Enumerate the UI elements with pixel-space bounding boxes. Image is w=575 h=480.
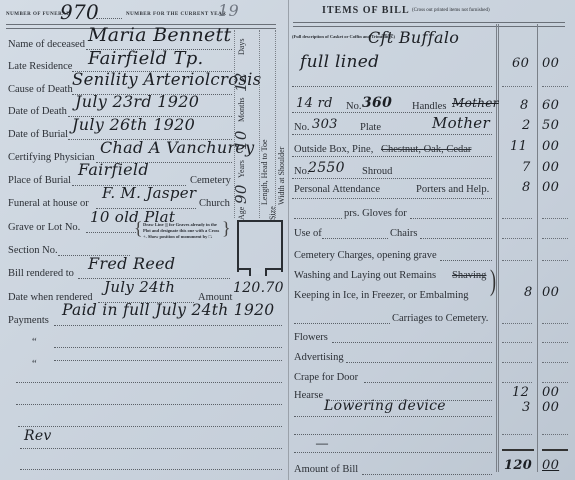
section-label: Section No.: [8, 245, 58, 256]
grave-plot-diagram: [237, 220, 283, 272]
money-row-sep: [502, 260, 532, 261]
bottom-note: Rev: [24, 428, 52, 444]
name-label: Name of deceased: [8, 39, 85, 50]
grave-plot-foot-left: [237, 268, 251, 270]
carriages-label: Carriages to Cemetery.: [392, 313, 488, 324]
shroud-dollars: 7: [522, 160, 531, 175]
months-value: 10: [232, 130, 250, 150]
years-value: 90: [232, 184, 250, 204]
residence-label: Late Residence: [8, 61, 72, 72]
shroud-cents: 00: [542, 160, 559, 175]
plate-cents: 50: [542, 118, 559, 133]
date-death-value: July 23rd 1920: [75, 92, 199, 111]
chairs-line: [420, 238, 492, 239]
payment-line-2: [54, 347, 282, 348]
payment-line-4: [16, 382, 282, 383]
months-label: Months: [237, 98, 246, 122]
handles-dollars: 8: [520, 98, 529, 113]
shroud-no: 2550: [308, 160, 345, 176]
advertising-label: Advertising: [294, 352, 344, 363]
money-row-sep: [542, 323, 568, 324]
chairs-qty-line: [322, 238, 388, 239]
place-burial-label: Place of Burial: [8, 175, 71, 186]
center-divider: [288, 0, 289, 480]
washing-crossed: Shaving: [452, 270, 486, 281]
amount-value: 120.70: [233, 280, 284, 296]
date-burial-value: July 26th 1920: [72, 115, 195, 134]
funeral-record-page: Number of Funeral 970 Number for the Cur…: [0, 0, 575, 480]
lowering-cents: 00: [542, 400, 559, 415]
date-burial-label: Date of Burial: [8, 129, 68, 140]
cemetery-charges-label: Cemetery Charges, opening grave: [294, 250, 437, 261]
money-row-sep: [502, 362, 532, 363]
plate-no: 303: [312, 117, 338, 132]
gloves-qty-line: [294, 218, 342, 219]
chairs-label: Use of: [294, 228, 322, 239]
money-row-sep: [502, 323, 532, 324]
years-label: Years: [237, 160, 246, 178]
current-year-label: Number for the Current Year: [126, 12, 226, 17]
chairs-label-b: Chairs: [390, 228, 417, 239]
size-label: Size: [268, 206, 277, 220]
money-row-sep: [502, 86, 532, 87]
total-rule-dollars: [502, 449, 534, 451]
advertising-line: [346, 362, 492, 363]
attendance-dollars: 8: [522, 180, 531, 195]
brace-left: {: [134, 218, 143, 239]
handles-line: [292, 112, 492, 113]
funeral-number-line: [96, 18, 122, 19]
age-label: Age: [237, 207, 246, 220]
outside-box-dollars: 11: [510, 139, 527, 154]
money-row-sep: [542, 362, 568, 363]
payment-line-3: [54, 360, 282, 361]
place-burial-value: Fairfield: [78, 160, 149, 179]
days-label: Days: [237, 39, 246, 55]
cents-column-divider: [537, 24, 538, 472]
plate-label: Plate: [360, 122, 381, 133]
current-year-number: 19: [218, 1, 239, 20]
bill-to-value: Fred Reed: [88, 254, 175, 273]
plate-value: Mother: [432, 114, 490, 132]
attendance-line: [292, 198, 492, 199]
embalming-label: Keeping in Ice, in Freezer, or Embalming: [294, 290, 469, 301]
date-death-label: Date of Death: [8, 106, 67, 117]
name-value: Maria Bennett: [88, 24, 231, 46]
header-rule-right: [293, 22, 565, 27]
hearse-cents: 00: [542, 385, 559, 400]
cemetery-line: [440, 260, 492, 261]
hearse-dollars: 12: [512, 385, 529, 400]
payment-line-8: [20, 469, 282, 470]
money-row-sep: [542, 86, 568, 87]
grave-note: Draw Line ||| for Graves already in the …: [143, 222, 223, 240]
money-row-sep: [542, 434, 568, 435]
plate-line: [292, 134, 492, 135]
flowers-label: Flowers: [294, 332, 328, 343]
days-value: 12: [232, 72, 250, 92]
payments-value: Paid in full July 24th 1920: [62, 301, 274, 319]
ditto-mark: “: [32, 359, 37, 370]
handles-value: Mother: [452, 96, 499, 110]
length-label: Length, Head to Toe: [260, 140, 269, 206]
total-cents: 00: [542, 458, 559, 473]
carriages-qty-line: [294, 323, 390, 324]
outside-box-cents: 00: [542, 139, 559, 154]
shroud-label: Shroud: [362, 166, 392, 177]
total-label: Amount of Bill: [294, 464, 358, 475]
blank-line-1: [294, 434, 492, 435]
gloves-line: [410, 218, 492, 219]
gloves-label: prs. Gloves for: [344, 208, 407, 219]
date-rendered-value: July 24th: [104, 278, 175, 296]
items-of-bill-title: ITEMS OF BILL: [322, 5, 410, 16]
payments-line: [54, 325, 282, 326]
dollars-column-left-2: [498, 24, 499, 472]
attendance-label: Personal Attendance: [294, 184, 380, 195]
lowering-dollars: 3: [522, 400, 531, 415]
size-divider-b: [275, 30, 276, 218]
money-row-sep: [542, 218, 568, 219]
outside-box-label: Outside Box, Pine,: [294, 144, 373, 155]
payment-line-6: [18, 426, 282, 427]
casket-line: [292, 86, 492, 87]
handles-prefix: 14 rd: [296, 96, 333, 111]
payment-line-7: [20, 448, 282, 449]
total-dollars: 120: [504, 458, 532, 473]
grave-line: [86, 232, 136, 233]
funeral-at-label: Funeral at house or: [8, 198, 89, 209]
bill-to-label: Bill rendered to: [8, 268, 74, 279]
casket-cents: 00: [542, 56, 559, 71]
porters-label: Porters and Help.: [416, 184, 489, 195]
items-of-bill-note: (Cross out printed items not furnished): [412, 8, 490, 13]
residence-value: Fairfield Tp.: [88, 48, 204, 69]
plate-dollars: 2: [522, 118, 531, 133]
money-row-sep: [502, 342, 532, 343]
grave-plot-foot-right: [267, 268, 281, 270]
funeral-number: 970: [60, 0, 99, 24]
money-row-sep: [502, 238, 532, 239]
cause-label: Cause of Death: [8, 84, 73, 95]
brace-right: }: [222, 218, 231, 239]
funeral-at-value: F. M. Jasper: [102, 184, 196, 202]
total-line: [362, 474, 492, 475]
washing-label: Washing and Laying out Remains: [294, 270, 436, 281]
dollars-column-left: [496, 24, 497, 472]
attendance-cents: 00: [542, 180, 559, 195]
lowering-label: Lowering device: [324, 398, 446, 414]
outside-box-line: [292, 156, 492, 157]
casket-desc-1: Cft Buffalo: [368, 28, 459, 47]
embalming-dollars: 8: [524, 285, 533, 300]
handles-no: 360: [362, 95, 392, 111]
ditto-mark: “: [32, 337, 37, 348]
dash-mark: —: [316, 436, 328, 451]
casket-dollars: 60: [512, 56, 529, 71]
casket-desc-2: full lined: [300, 52, 379, 72]
money-row-sep: [502, 434, 532, 435]
washing-brace: ): [490, 264, 496, 298]
money-row-sep: [502, 382, 532, 383]
payment-line-5: [16, 404, 282, 405]
grave-label: Grave or Lot No.: [8, 222, 80, 233]
church-label: Church: [199, 198, 230, 209]
handles-no-label: No.: [346, 101, 361, 112]
money-row-sep: [502, 218, 532, 219]
hearse-label: Hearse: [294, 390, 323, 401]
money-row-sep: [542, 238, 568, 239]
shroud-line: [292, 178, 492, 179]
embalming-cents: 00: [542, 285, 559, 300]
money-row-sep: [542, 260, 568, 261]
handles-cents: 60: [542, 98, 559, 113]
money-row-sep: [542, 342, 568, 343]
payments-label: Payments: [8, 315, 49, 326]
blank-line-2: [294, 452, 492, 453]
crape-label: Crape for Door: [294, 372, 358, 383]
total-rule-cents: [542, 449, 568, 451]
flowers-line: [332, 342, 492, 343]
crape-line: [364, 382, 492, 383]
handles-label: Handles: [412, 101, 446, 112]
outside-box-crossed: Chestnut, Oak, Cedar: [381, 144, 471, 155]
width-label: Width at Shoulder: [277, 147, 286, 205]
lowering-line: [294, 416, 492, 417]
plate-no-label: No.: [294, 122, 309, 133]
money-row-sep: [542, 382, 568, 383]
